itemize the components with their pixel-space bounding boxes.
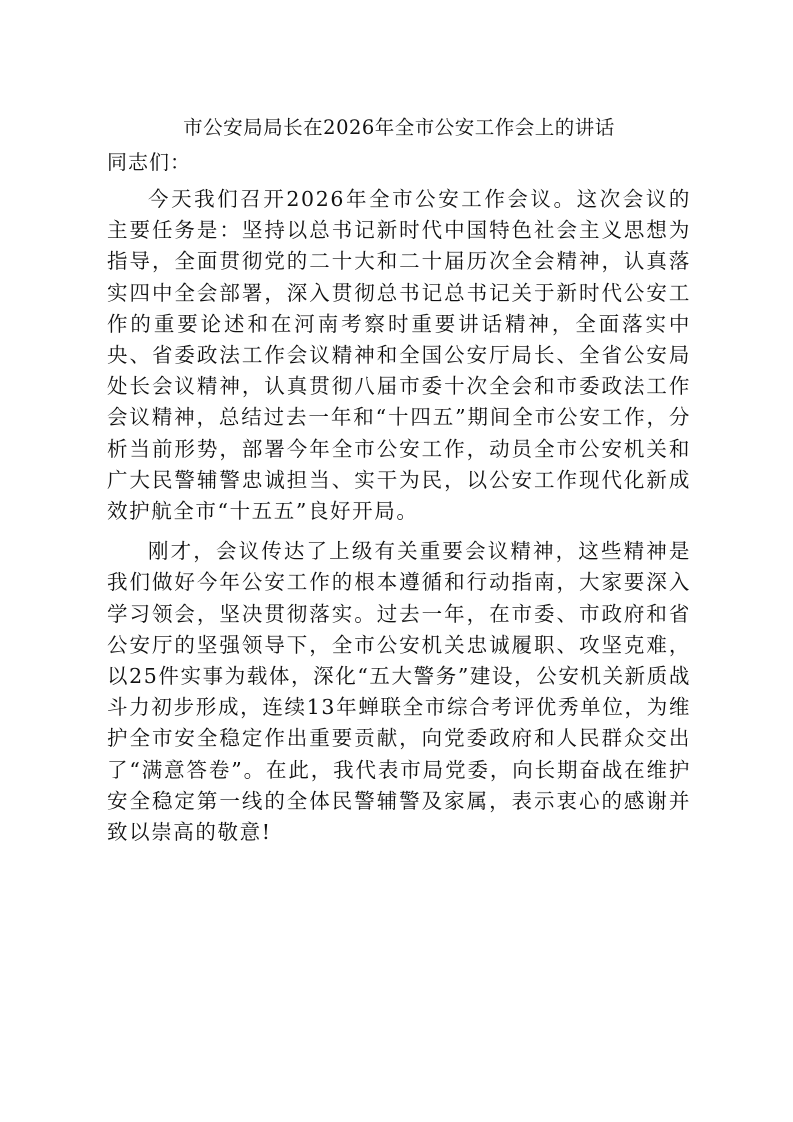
- document-title: 市公安局局长在2026年全市公安工作会上的讲话: [107, 112, 691, 144]
- document-page: 市公安局局长在2026年全市公安工作会上的讲话 同志们： 今天我们召开2026年…: [107, 112, 691, 857]
- paragraph-2: 刚才，会议传达了上级有关重要会议精神，这些精神是我们做好今年公安工作的根本遵循和…: [107, 536, 691, 848]
- paragraph-1: 今天我们召开2026年全市公安工作会议。这次会议的主要任务是：坚持以总书记新时代…: [107, 184, 691, 527]
- salutation: 同志们：: [107, 146, 691, 178]
